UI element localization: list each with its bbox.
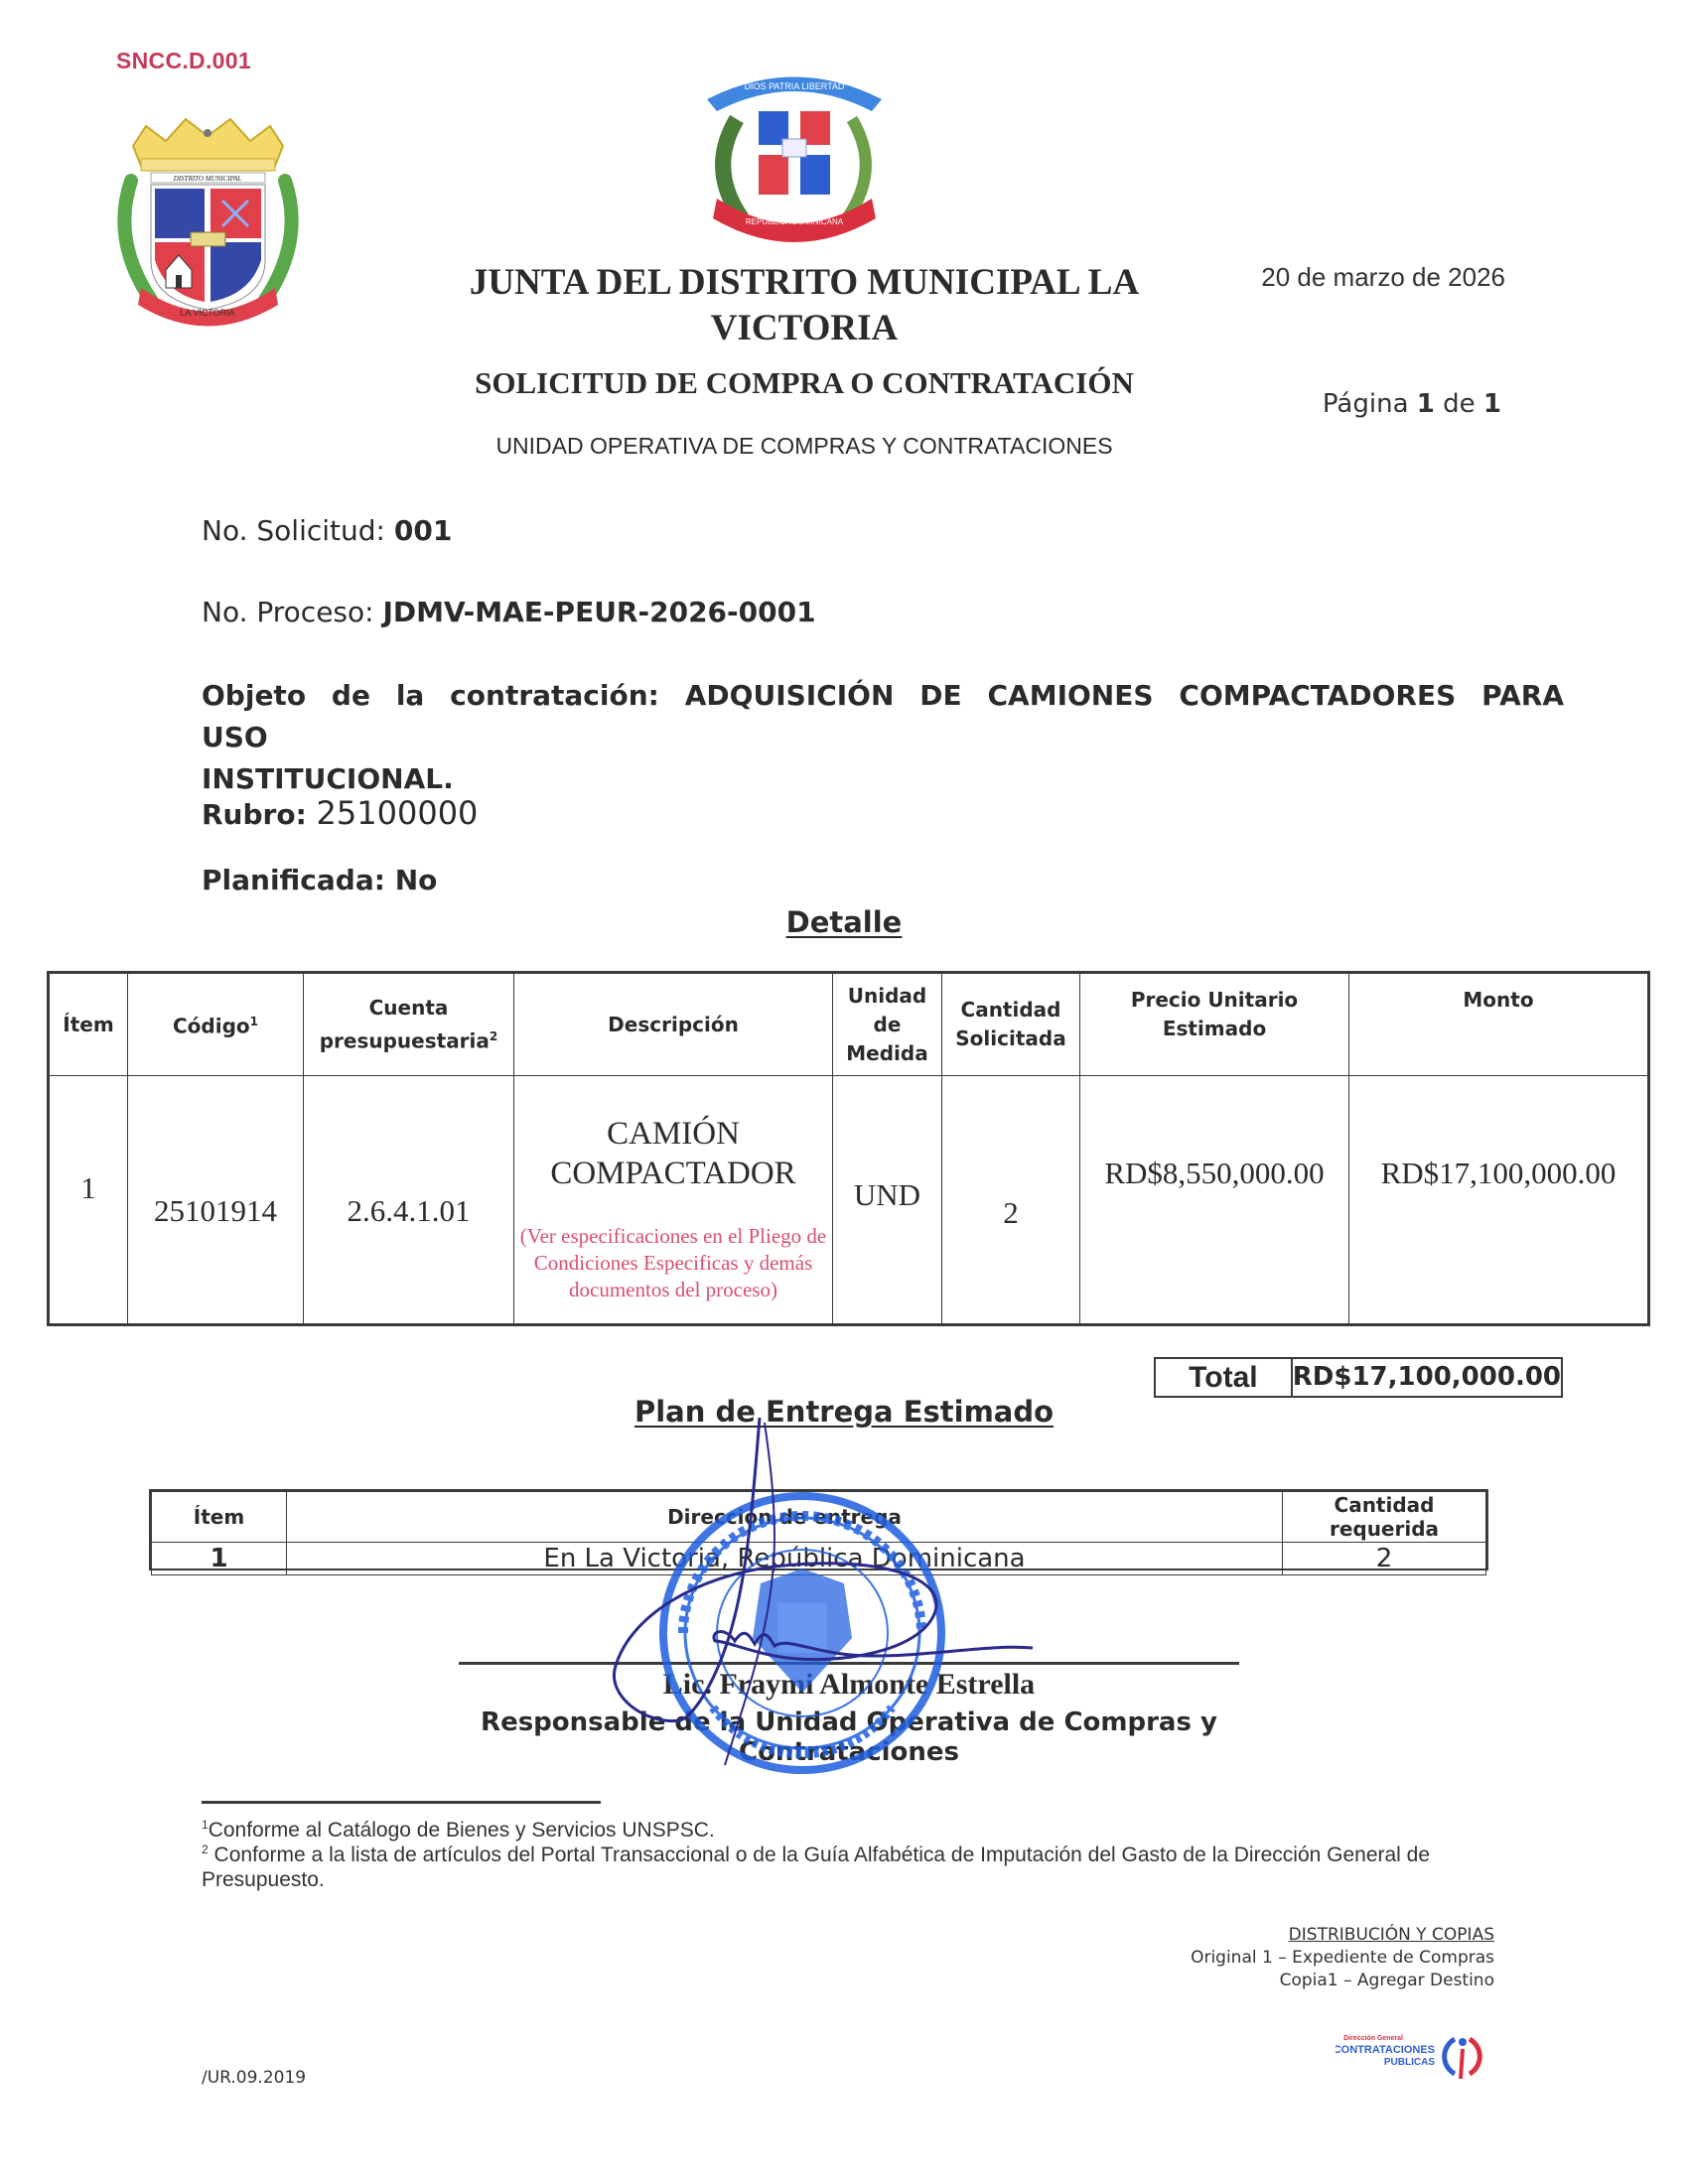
detail-section-title: Detalle <box>695 905 993 939</box>
planificada-label: Planificada: <box>202 864 385 896</box>
col-cuenta: Cuenta presupuestaria2 <box>304 974 514 1076</box>
solicitud-value: 001 <box>394 514 452 547</box>
table-row: 1 25101914 2.6.4.1.01 CAMIÓN COMPACTADOR… <box>50 1076 1648 1324</box>
organization-title-line2: VICTORIA <box>427 306 1182 351</box>
organization-title: JUNTA DEL DISTRITO MUNICIPAL LA VICTORIA <box>427 260 1182 351</box>
total-label: Total <box>1156 1359 1293 1396</box>
objeto-label: Objeto de la contratación: <box>202 679 659 712</box>
field-proceso: No. Proceso: JDMV-MAE-PEUR-2026-0001 <box>202 596 816 628</box>
cell-monto: RD$17,100,000.00 <box>1349 1076 1648 1324</box>
objeto-line1: Objeto de la contratación: ADQUISICIÓN D… <box>202 675 1564 758</box>
footnote-separator <box>202 1801 601 1804</box>
distribution-copies: DISTRIBUCIÓN Y COPIAS Original 1 – Exped… <box>1092 1924 1494 1992</box>
footnote-2: 2 Conforme a la lista de artículos del P… <box>202 1838 1492 1892</box>
form-code: SNCC.D.001 <box>116 48 251 74</box>
proceso-value: JDMV-MAE-PEUR-2026-0001 <box>382 596 815 628</box>
svg-text:DIOS PATRIA LIBERTAD: DIOS PATRIA LIBERTAD <box>745 81 845 91</box>
page-current: 1 <box>1417 389 1435 419</box>
total-box: Total RD$17,100,000.00 <box>1154 1357 1563 1398</box>
cell-descripcion: CAMIÓN COMPACTADOR (Ver especificaciones… <box>514 1076 833 1324</box>
svg-text:LA VICTORIA: LA VICTORIA <box>180 308 234 318</box>
cell-cuenta: 2.6.4.1.01 <box>304 1076 514 1324</box>
document-title: SOLICITUD DE COMPRA O CONTRATACIÓN <box>427 365 1182 401</box>
distribution-title: DISTRIBUCIÓN Y COPIAS <box>1092 1924 1494 1947</box>
objeto-value-line2: INSTITUCIONAL. <box>202 762 454 795</box>
national-coat-of-arms-icon: DIOS PATRIA LIBERTAD REPUBLICA DOMINICAN… <box>697 60 892 250</box>
description-note: (Ver especificaciones en el Pliego de Co… <box>518 1223 828 1303</box>
svg-text:Dirección General: Dirección General <box>1343 2035 1403 2042</box>
svg-text:CONTRATACIONES: CONTRATACIONES <box>1336 2044 1435 2056</box>
detail-table: Ítem Código1 Cuenta presupuestaria2 Desc… <box>47 971 1650 1326</box>
rubro-label: Rubro: <box>202 798 307 831</box>
municipal-crest-icon: DISTRITO MUNICIPAL LA VICTORIA <box>111 111 305 330</box>
page-label: Página <box>1323 389 1409 419</box>
svg-text:REPUBLICA DOMINICANA: REPUBLICA DOMINICANA <box>746 217 844 226</box>
page-indicator: Página 1 de 1 <box>1221 389 1501 419</box>
page-total: 1 <box>1483 389 1501 419</box>
field-rubro: Rubro: 25100000 <box>202 794 478 832</box>
col-item: Ítem <box>50 974 128 1076</box>
organization-title-line1: JUNTA DEL DISTRITO MUNICIPAL LA <box>427 260 1182 306</box>
svg-text:DISTRITO MUNICIPAL: DISTRITO MUNICIPAL <box>173 175 241 183</box>
distribution-line-copy: Copia1 – Agregar Destino <box>1092 1970 1494 1992</box>
document-date: 20 de marzo de 2026 <box>1221 262 1505 293</box>
page-separator: de <box>1443 389 1476 419</box>
unit-title: UNIDAD OPERATIVA DE COMPRAS Y CONTRATACI… <box>427 433 1182 460</box>
cell-precio-unitario: RD$8,550,000.00 <box>1080 1076 1349 1324</box>
plan-col-cantidad: Cantidad requerida <box>1283 1492 1486 1543</box>
col-monto: Monto <box>1349 974 1648 1076</box>
col-unidad: Unidad de Medida <box>833 974 942 1076</box>
col-precio: Precio Unitario Estimado <box>1080 974 1349 1076</box>
handwritten-signature-icon <box>576 1418 1053 1775</box>
col-cantidad: Cantidad Solicitada <box>942 974 1080 1076</box>
description-main: CAMIÓN COMPACTADOR <box>518 1114 828 1193</box>
field-objeto: Objeto de la contratación: ADQUISICIÓN D… <box>202 675 1564 800</box>
plan-cell-item: 1 <box>152 1543 287 1575</box>
rubro-value: 25100000 <box>317 794 479 832</box>
field-planificada: Planificada: No <box>202 864 437 896</box>
form-version: /UR.09.2019 <box>202 2068 306 2088</box>
col-descripcion: Descripción <box>514 974 833 1076</box>
planificada-value: No <box>395 864 438 896</box>
distribution-line-original: Original 1 – Expediente de Compras <box>1092 1947 1494 1970</box>
cell-unidad: UND <box>833 1076 942 1324</box>
cell-cantidad: 2 <box>942 1076 1080 1324</box>
svg-text:PUBLICAS: PUBLICAS <box>1384 2057 1435 2068</box>
total-value: RD$17,100,000.00 <box>1293 1359 1561 1396</box>
solicitud-label: No. Solicitud: <box>202 514 385 547</box>
detail-header-row: Ítem Código1 Cuenta presupuestaria2 Desc… <box>50 974 1648 1076</box>
col-codigo: Código1 <box>128 974 304 1076</box>
field-solicitud: No. Solicitud: 001 <box>202 514 452 547</box>
plan-col-item: Ítem <box>152 1492 287 1543</box>
cell-codigo: 25101914 <box>128 1076 304 1324</box>
plan-cell-cantidad: 2 <box>1283 1543 1486 1575</box>
cell-item: 1 <box>50 1076 128 1324</box>
proceso-label: No. Proceso: <box>202 596 374 628</box>
dgcp-logo-icon: Dirección General CONTRATACIONES PUBLICA… <box>1336 2029 1494 2084</box>
